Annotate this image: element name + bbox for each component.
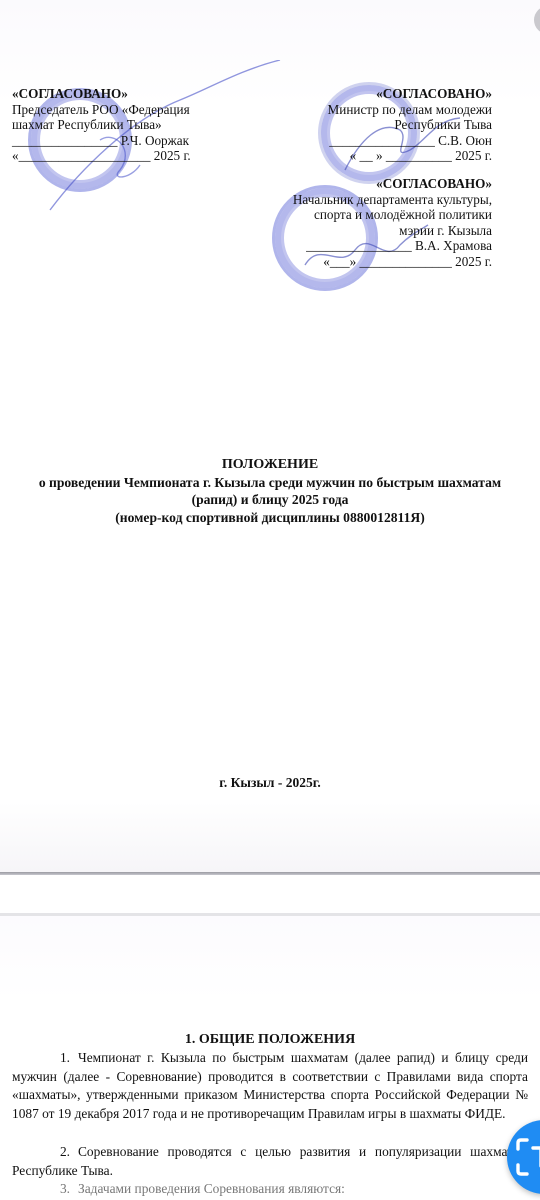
paragraph: 2.Соревнование проводятся с целью развит… — [12, 1143, 528, 1180]
approval-block-department: «СОГЛАСОВАНО» Начальник департамента кул… — [293, 176, 492, 270]
approval-line: Председатель РОО «Федерация — [12, 102, 191, 118]
approval-heading: «СОГЛАСОВАНО» — [328, 86, 492, 102]
approval-line: Республики Тыва — [328, 117, 492, 133]
document-type: ПОЛОЖЕНИЕ — [0, 456, 540, 474]
approval-date-line: «___» ______________ 2025 г. — [293, 254, 492, 270]
document-page-1: «СОГЛАСОВАНО» Председатель РОО «Федераци… — [0, 0, 540, 872]
paragraph-text: Чемпионат г. Кызыла по быстрым шахматам … — [12, 1050, 528, 1121]
approval-signature-line: ________________ В.А. Храмова — [293, 238, 492, 254]
text-scan-icon — [515, 1134, 540, 1180]
paragraph-number: 2. — [12, 1143, 78, 1162]
paragraph: 3.Задачами проведения Соревнования являю… — [12, 1180, 528, 1199]
approval-line: Министр по делам молодежи — [328, 102, 492, 118]
city-year: г. Кызыл - 2025г. — [0, 775, 540, 791]
approval-line: мэрии г. Кызыла — [293, 223, 492, 239]
approval-date-line: «____________________ 2025 г. — [12, 148, 191, 164]
approval-line: шахмат Республики Тыва» — [12, 117, 191, 133]
paragraph-number: 1. — [12, 1049, 78, 1068]
discipline-code: (номер-код спортивной дисциплины 0880012… — [0, 509, 540, 527]
document-title: ПОЛОЖЕНИЕ о проведении Чемпионата г. Кыз… — [0, 456, 540, 526]
paragraph: 1.Чемпионат г. Кызыла по быстрым шахмата… — [12, 1049, 528, 1123]
approval-line: спорта и молодёжной политики — [293, 207, 492, 223]
paragraph-text: Соревнование проводятся с целью развития… — [12, 1144, 528, 1178]
section-title: 1. ОБЩИЕ ПОЛОЖЕНИЯ — [0, 1032, 540, 1048]
approval-heading: «СОГЛАСОВАНО» — [293, 176, 492, 192]
approval-heading: «СОГЛАСОВАНО» — [12, 86, 191, 102]
scroll-indicator[interactable] — [534, 6, 540, 34]
paragraph-number: 3. — [12, 1180, 78, 1199]
approval-signature-line: ________________ Р.Ч. Ооржак — [12, 133, 191, 149]
approval-date-line: « __ » __________ 2025 г. — [328, 148, 492, 164]
title-line: (рапид) и блицу 2025 года — [0, 491, 540, 509]
approval-block-ministry: «СОГЛАСОВАНО» Министр по делам молодежи … — [328, 86, 492, 164]
title-line: о проведении Чемпионата г. Кызыла среди … — [0, 474, 540, 492]
approval-signature-line: ________________ С.В. Оюн — [328, 133, 492, 149]
page-gap — [0, 875, 540, 915]
approval-block-federation: «СОГЛАСОВАНО» Председатель РОО «Федераци… — [12, 86, 191, 164]
paragraph-text: Задачами проведения Соревнования являютс… — [78, 1181, 345, 1196]
approval-line: Начальник департамента культуры, — [293, 192, 492, 208]
